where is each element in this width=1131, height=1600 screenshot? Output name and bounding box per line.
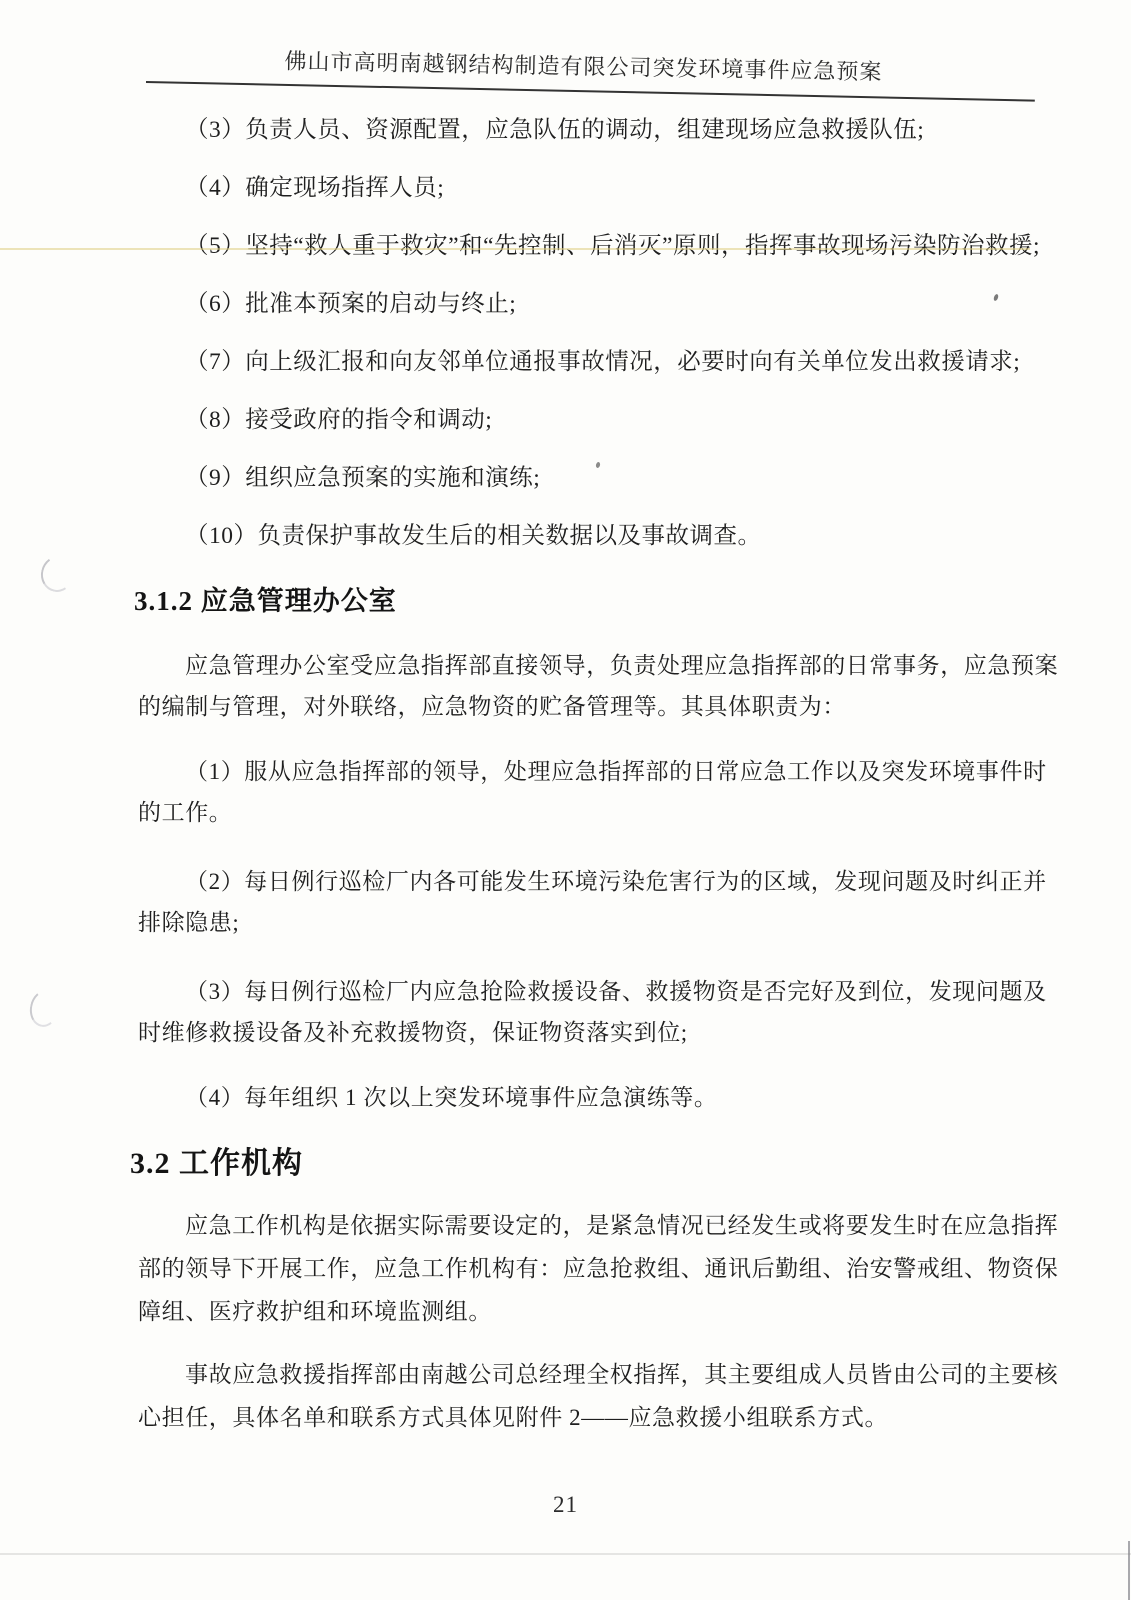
paragraph-line: 部的领导下开展工作，应急工作机构有：应急抢救组、通讯后勤组、治安警戒组、物资保 (138, 1247, 1015, 1290)
office-duty-item-4: （4）每年组织 1 次以上突发环境事件应急演练等。 (138, 1077, 1015, 1118)
page-number: 21 (0, 1492, 1131, 1518)
scan-artifact-ring-mark (27, 988, 62, 1029)
office-duty-item-3: （3）每日例行巡检厂内应急抢险救援设备、救援物资是否完好及到位，发现问题及 时维… (138, 971, 1015, 1053)
section-heading-3-1-2: 3.1.2 应急管理办公室 (134, 583, 1015, 619)
list-item: （5）坚持“救人重于救灾”和“先控制、后消灭”原则，指挥事故现场污染防治救援; (138, 231, 1015, 261)
paragraph-line: （3）每日例行巡检厂内应急抢险救援设备、救援物资是否完好及到位，发现问题及 (138, 971, 1015, 1012)
section-3-2-paragraph-1: 应急工作机构是依据实际需要设定的，是紧急情况已经发生或将要发生时在应急指挥 部的… (138, 1204, 1015, 1333)
paragraph-line: 应急工作机构是依据实际需要设定的，是紧急情况已经发生或将要发生时在应急指挥 (138, 1204, 1015, 1247)
paragraph-line: （4）每年组织 1 次以上突发环境事件应急演练等。 (138, 1077, 1015, 1118)
paragraph-line: 心担任，具体名单和联系方式具体见附件 2——应急救援小组联系方式。 (138, 1396, 1015, 1439)
list-item: （4）确定现场指挥人员; (138, 173, 1015, 203)
paragraph-line: （1）服从应急指挥部的领导，处理应急指挥部的日常应急工作以及突发环境事件时 (138, 751, 1015, 792)
list-item: （8）接受政府的指令和调动; (138, 405, 1015, 435)
section-heading-3-2: 3.2 工作机构 (130, 1144, 1015, 1184)
scan-artifact-right-edge (1128, 1541, 1130, 1600)
paragraph-line: 的工作。 (138, 792, 1015, 833)
section-3-1-2-intro-paragraph: 应急管理办公室受应急指挥部直接领导，负责处理应急指挥部的日常事务，应急预案 的编… (138, 645, 1015, 727)
scan-artifact-yellow-line (0, 248, 1030, 250)
list-item: （6）批准本预案的启动与终止; (138, 289, 1015, 319)
paragraph-line: 时维修救援设备及补充救援物资，保证物资落实到位; (138, 1012, 1015, 1053)
scan-artifact-bottom-line (0, 1553, 1131, 1555)
scan-artifact-ring-mark (38, 553, 78, 595)
section-3-2-paragraph-2: 事故应急救援指挥部由南越公司总经理全权指挥，其主要组成人员皆由公司的主要核 心担… (138, 1353, 1015, 1439)
paragraph-line: 应急管理办公室受应急指挥部直接领导，负责处理应急指挥部的日常事务，应急预案 (138, 645, 1015, 686)
paragraph-line: 障组、医疗救护组和环境监测组。 (138, 1290, 1015, 1333)
list-item: （3）负责人员、资源配置，应急队伍的调动，组建现场应急救援队伍; (138, 115, 1015, 145)
list-item: （7）向上级汇报和向友邻单位通报事故情况，必要时向有关单位发出救援请求; (138, 347, 1015, 377)
paragraph-line: 排除隐患; (138, 902, 1015, 943)
paragraph-line: 事故应急救援指挥部由南越公司总经理全权指挥，其主要组成人员皆由公司的主要核 (138, 1353, 1015, 1396)
paragraph-line: 的编制与管理，对外联络，应急物资的贮备管理等。其具体职责为： (138, 686, 1015, 727)
scanned-document-page: 佛山市高明南越钢结构制造有限公司突发环境事件应急预案 （3）负责人员、资源配置，… (0, 0, 1131, 1600)
list-item: （10）负责保护事故发生后的相关数据以及事故调查。 (138, 521, 1015, 551)
commander-duties-list: （3）负责人员、资源配置，应急队伍的调动，组建现场应急救援队伍; （4）确定现场… (138, 115, 1015, 551)
office-duty-item-1: （1）服从应急指挥部的领导，处理应急指挥部的日常应急工作以及突发环境事件时 的工… (138, 751, 1015, 833)
list-item: （9）组织应急预案的实施和演练; (138, 463, 1015, 493)
document-body: （3）负责人员、资源配置，应急队伍的调动，组建现场应急救援队伍; （4）确定现场… (138, 115, 1015, 1439)
paragraph-line: （2）每日例行巡检厂内各可能发生环境污染危害行为的区域，发现问题及时纠正并 (138, 861, 1015, 902)
office-duty-item-2: （2）每日例行巡检厂内各可能发生环境污染危害行为的区域，发现问题及时纠正并 排除… (138, 861, 1015, 943)
